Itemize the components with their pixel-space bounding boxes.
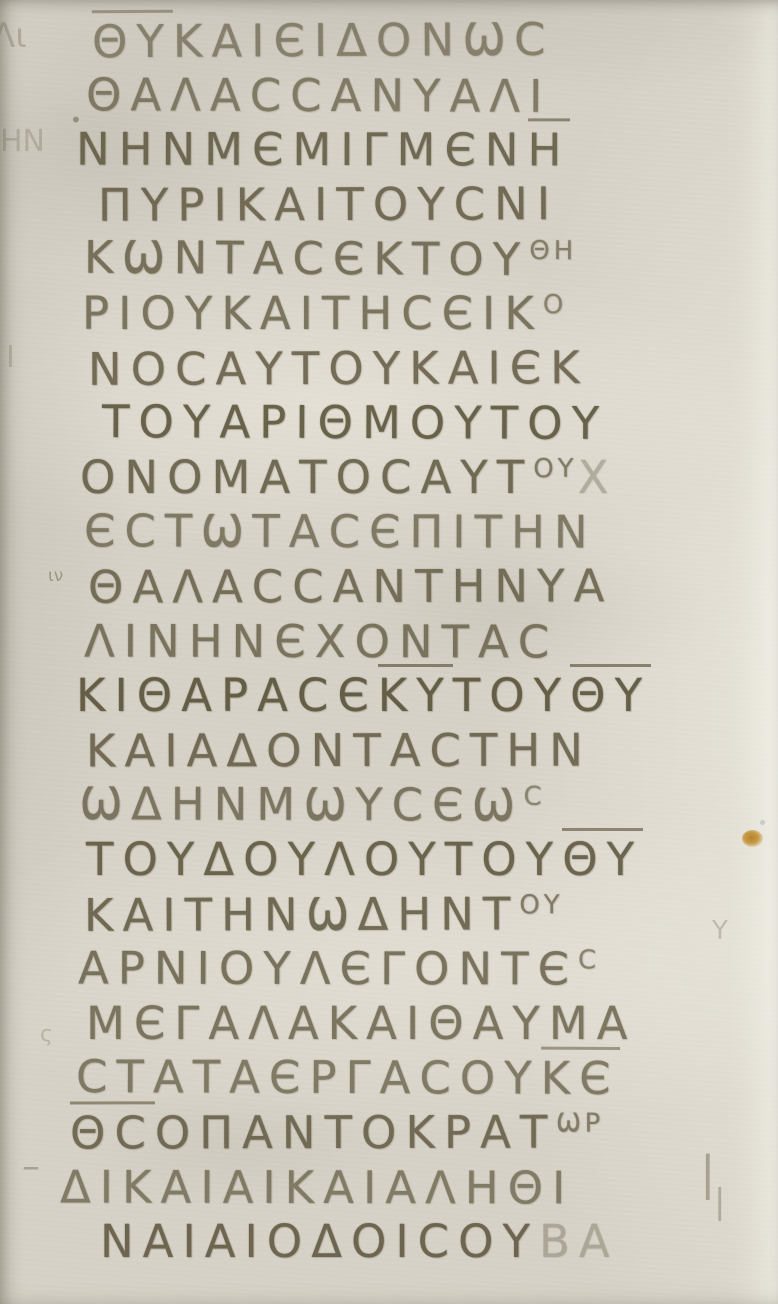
manuscript-line: ΘΥΚΑΙЄΙΔΟΝѠC	[92, 13, 555, 68]
manuscript-line: ΘΑΛΑCCΑΝΤΗΝΥΑ	[88, 559, 613, 613]
text-run: ΜЄΓΑΛΑΚΑΙΘΑΥΜΑ	[86, 997, 637, 1050]
text-run: Χ	[578, 451, 618, 504]
text-run: ΡΙΟΥΚΑΙΤΗCЄΙΚ	[82, 287, 543, 340]
manuscript-line: ΑΡΝΙΟΥΛЄΓΟΝΤЄC	[78, 942, 600, 996]
text-run: ΤΟΥ	[453, 669, 570, 722]
manuscript-line: ΘCΟΠΑΝΤΟΚΡΑΤѠΡ	[70, 1106, 604, 1160]
manuscript-line: ΟΝΟΜΑΤΟCΑΥΤΟΥΧ	[80, 451, 617, 504]
nomen-sacrum: ΚЄ	[541, 1047, 620, 1105]
manuscript-line: ΝΗΝΜЄΜΙΓΜЄΝΗ	[76, 123, 570, 177]
text-run: ΛΙΝΗΝЄΧΟΝΤΑC	[84, 614, 558, 668]
text-run: ΑΡΝΙΟΥΛЄΓΟΝΤЄ	[78, 942, 578, 996]
manuscript-page: ΘΥΚΑΙЄΙΔΟΝѠCΘΑΛΑCCΑΝΥΑΛΙΝΗΝΜЄΜΙΓΜЄΝΗΠΥΡΙ…	[0, 0, 778, 1304]
margin-mark: •	[70, 108, 82, 132]
nomen-sacrum: ΘC	[70, 1101, 155, 1159]
manuscript-line: ΚΙΘΑΡΑCЄΚΥΤΟΥΘΥ	[76, 669, 651, 722]
margin-mark: ΗΝ	[0, 124, 45, 159]
margin-mark: |	[714, 1182, 725, 1222]
superscript-letters: C	[578, 946, 600, 976]
nomen-sacrum: Η	[527, 119, 570, 177]
manuscript-line: ΚΑΙΤΗΝѠΔΗΝΤΟΥ	[84, 887, 564, 942]
text-run: ΟΝΟΜΑΤΟCΑΥΤ	[80, 451, 533, 504]
text-run: ΝΗΝΜЄΜΙΓΜЄΝ	[76, 123, 528, 177]
text-run: ΚѠΝΤΑCЄΚΤΟΥ	[84, 231, 529, 286]
text-run: ΤΟΥΑΡΙΘΜΟΥΤΟΥ	[102, 395, 608, 450]
text-run: ΔΙΚΑΙΑΙΚΑΙΑΛΗΘΙ	[60, 1160, 574, 1214]
parchment-speck	[760, 820, 765, 825]
superscript-letters: ΟΥ	[519, 890, 563, 920]
margin-mark: ς	[40, 1022, 53, 1047]
margin-mark: Υ	[712, 916, 728, 946]
text-run: ΟΠΑΝΤΟΚΡΑΤ	[155, 1106, 557, 1160]
text-run: ΝΑΙΑΙΟΔΟΙCΟΥ	[100, 1215, 539, 1268]
superscript-letters: ΘΗ	[529, 236, 577, 266]
superscript-letters: ΟΥ	[533, 454, 577, 484]
nomen-sacrum: ΚΥ	[378, 664, 453, 722]
manuscript-line: ΝΑΙΑΙΟΔΟΙCΟΥΒΑ	[100, 1215, 619, 1268]
text-run: ΚΑΙЄΙΔΟΝѠC	[173, 13, 555, 68]
manuscript-line: ΜЄΓΑΛΑΚΑΙΘΑΥΜΑ	[86, 997, 637, 1050]
superscript-letters: ѠΡ	[556, 1109, 604, 1139]
superscript-letters: C	[523, 782, 545, 812]
margin-mark: Ι	[6, 340, 15, 375]
text-run: ЄCΤѠΤΑCЄΠΙΤΗΝ	[84, 505, 597, 559]
text-run: ΘΑΛΑCCΑΝΤΗΝΥΑ	[88, 559, 613, 613]
text-run: ΚΑΙΤΗΝѠΔΗΝΤ	[84, 887, 520, 942]
text-run: ΚΑΙΑΔΟΝΤΑCΤΗΝ	[86, 723, 592, 777]
manuscript-line: ѠΔΗΝΜѠΥCЄѠC	[80, 778, 546, 833]
manuscript-line: ΚѠΝΤΑCЄΚΤΟΥΘΗ	[84, 231, 577, 287]
manuscript-line: ΘΑΛΑCCΑΝΥΑΛΙ	[86, 68, 552, 123]
text-run: ΝΟCΑΥΤΟΥΚΑΙЄΚ	[88, 341, 589, 396]
manuscript-line: ΠΥΡΙΚΑΙΤΟΥCΝΙ	[98, 177, 559, 232]
text-column: ΘΥΚΑΙЄΙΔΟΝѠCΘΑΛΑCCΑΝΥΑΛΙΝΗΝΜЄΜΙΓΜЄΝΗΠΥΡΙ…	[0, 0, 778, 1304]
manuscript-line: ΚΑΙΑΔΟΝΤΑCΤΗΝ	[86, 723, 592, 777]
text-run: CΤΑΤΑЄΡΓΑCΟΥ	[76, 1050, 541, 1105]
manuscript-line: ΤΟΥΑΡΙΘΜΟΥΤΟΥ	[102, 395, 608, 450]
margin-mark: ιν	[48, 566, 63, 586]
manuscript-line: ΝΟCΑΥΤΟΥΚΑΙЄΚ	[88, 341, 589, 396]
text-run: ΠΥΡΙΚΑΙΤΟΥCΝΙ	[98, 177, 559, 232]
text-run: ΘΑΛΑCCΑΝΥΑΛΙ	[86, 68, 552, 123]
manuscript-line: ΛΙΝΗΝЄΧΟΝΤΑC	[84, 614, 558, 668]
text-run: ΤΟΥΔΟΥΛΟΥΤΟΥ	[86, 833, 562, 886]
manuscript-line: ΤΟΥΔΟΥΛΟΥΤΟΥΘΥ	[86, 833, 643, 886]
parchment-stain	[742, 830, 763, 847]
manuscript-line: ΔΙΚΑΙΑΙΚΑΙΑΛΗΘΙ	[60, 1160, 574, 1214]
nomen-sacrum: ΘΥ	[570, 664, 651, 722]
text-run: ΒΑ	[539, 1215, 619, 1268]
text-run: ѠΔΗΝΜѠΥCЄѠ	[80, 778, 524, 833]
superscript-letters: Ο	[543, 290, 567, 320]
margin-mark: Λι	[0, 16, 27, 56]
manuscript-line: ЄCΤѠΤΑCЄΠΙΤΗΝ	[84, 505, 597, 559]
margin-mark: –	[22, 1146, 40, 1187]
manuscript-line: CΤΑΤΑЄΡΓΑCΟΥΚЄ	[76, 1050, 620, 1105]
manuscript-line: ΡΙΟΥΚΑΙΤΗCЄΙΚΟ	[82, 287, 567, 340]
nomen-sacrum: ΘΥ	[92, 10, 173, 68]
text-run: ΚΙΘΑΡΑCЄ	[76, 669, 378, 722]
nomen-sacrum: ΘΥ	[562, 828, 643, 886]
